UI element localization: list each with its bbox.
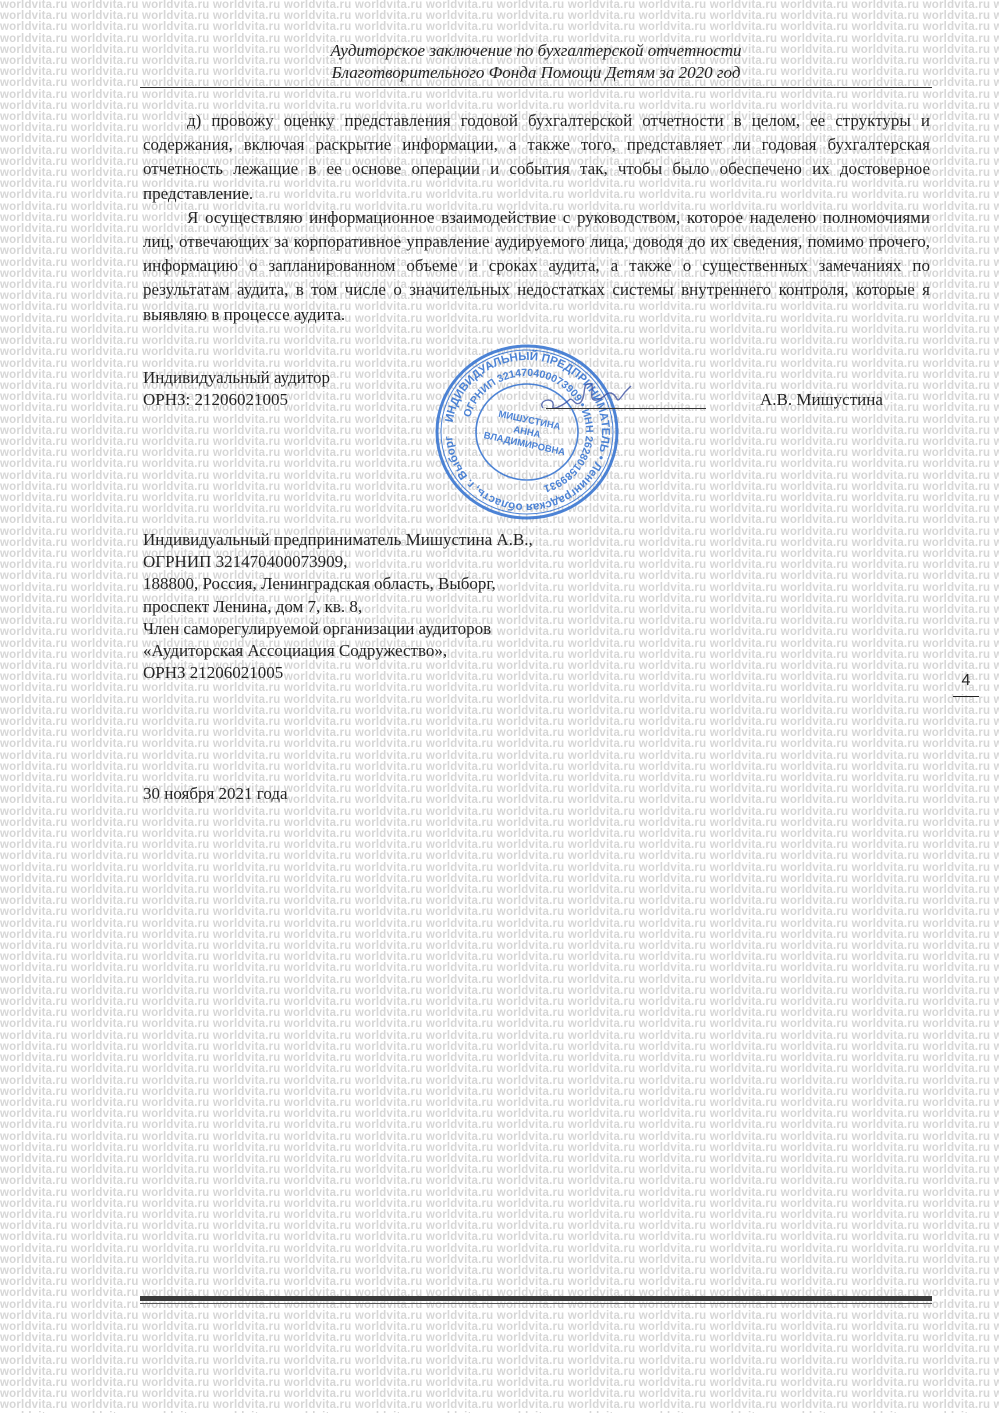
details-line: проспект Ленина, дом 7, кв. 8, bbox=[143, 596, 533, 618]
details-line: ОГРНИП 321470400073909, bbox=[143, 551, 533, 573]
footer-divider-thin bbox=[140, 1303, 932, 1304]
paragraph: Я осуществляю информационное взаимодейст… bbox=[143, 206, 930, 327]
details-line: 188800, Россия, Ленинградская область, В… bbox=[143, 573, 533, 595]
page-number: 4 bbox=[951, 672, 981, 690]
details-line: ОРНЗ 21206021005 bbox=[143, 662, 533, 684]
paragraph: д) провожу оценку представления годовой … bbox=[143, 109, 930, 206]
signature-line bbox=[546, 408, 706, 409]
page-number-underline bbox=[953, 696, 979, 697]
header-divider bbox=[140, 87, 932, 88]
stamp-icon: ИНДИВИДУАЛЬНЫЙ ПРЕДПРИНИМАТЕЛЬ • Ленингр… bbox=[432, 343, 622, 521]
header-line-2: Благотворительного Фонда Помощи Детям за… bbox=[140, 62, 932, 84]
auditor-ornz: ОРНЗ: 21206021005 bbox=[143, 389, 330, 411]
details-line: «Аудиторская Ассоциация Содружество», bbox=[143, 640, 533, 662]
auditor-details: Индивидуальный предприниматель Мишустина… bbox=[143, 529, 533, 684]
details-line: Индивидуальный предприниматель Мишустина… bbox=[143, 529, 533, 551]
auditor-info: Индивидуальный аудитор ОРНЗ: 21206021005 bbox=[143, 367, 330, 411]
footer-divider bbox=[140, 1296, 932, 1301]
document-page: Аудиторское заключение по бухгалтерской … bbox=[0, 0, 999, 1413]
document-date: 30 ноября 2021 года bbox=[143, 783, 288, 805]
details-line: Член саморегулируемой организации аудито… bbox=[143, 618, 533, 640]
signer-name: А.В. Мишустина bbox=[760, 389, 883, 411]
auditor-role: Индивидуальный аудитор bbox=[143, 367, 330, 389]
body-text: д) провожу оценку представления годовой … bbox=[143, 109, 930, 327]
document-header: Аудиторское заключение по бухгалтерской … bbox=[140, 40, 932, 84]
header-line-1: Аудиторское заключение по бухгалтерской … bbox=[140, 40, 932, 62]
